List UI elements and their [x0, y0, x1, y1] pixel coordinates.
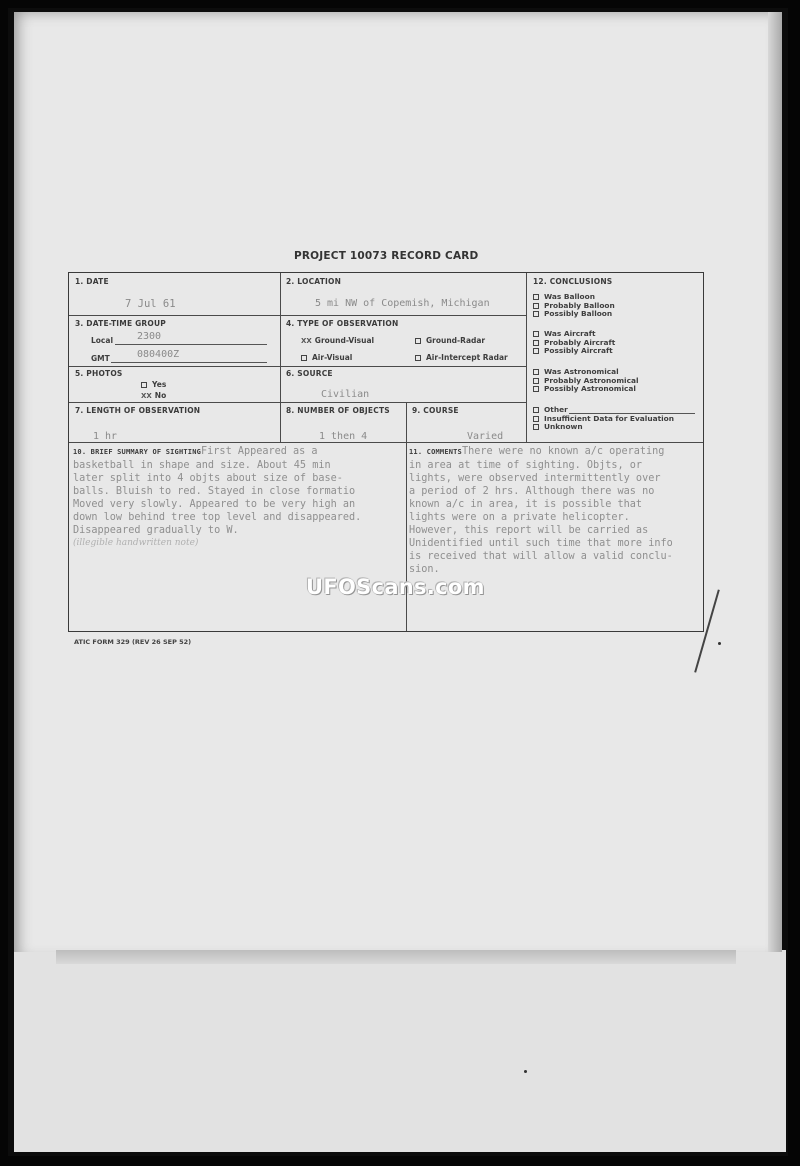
- checkbox-icon: [533, 348, 539, 354]
- summary-line: Disappeared gradually to W.: [73, 524, 361, 537]
- photos-label: 5. PHOTOS: [75, 369, 123, 378]
- checkbox-icon: [533, 378, 539, 384]
- comments-label: 11. COMMENTS: [409, 448, 462, 456]
- comments-line: However, this report will be carried as: [409, 524, 673, 537]
- comments-line: Unidentified until such time that more i…: [409, 537, 673, 550]
- source-cell: 6. SOURCE Civilian: [281, 367, 527, 403]
- checkbox-icon: [533, 407, 539, 413]
- checkbox-icon: [533, 340, 539, 346]
- local-underline: [115, 344, 267, 345]
- conclusions-cell: 12. CONCLUSIONS Was Balloon Probably Bal…: [527, 273, 703, 443]
- comments-line: known a/c in area, it is possible that: [409, 498, 673, 511]
- date-time-group-cell: 3. DATE-TIME GROUP Local 2300 GMT 080400…: [69, 316, 281, 367]
- aircraft-group: Was Aircraft Probably Aircraft Possibly …: [533, 330, 615, 356]
- course-cell: 9. COURSE Varied: [407, 403, 527, 443]
- form-number: ATIC FORM 329 (REV 26 SEP 52): [74, 638, 191, 646]
- other-underline: [569, 413, 695, 414]
- course-value: Varied: [467, 431, 503, 442]
- balloon-group: Was Balloon Probably Balloon Possibly Ba…: [533, 293, 615, 319]
- type-of-observation-cell: 4. TYPE OF OBSERVATION XXGround-Visual G…: [281, 316, 527, 367]
- comments-first-line: 11. COMMENTSThere were no known a/c oper…: [409, 445, 673, 459]
- location-value: 5 mi NW of Copemish, Michigan: [315, 298, 490, 309]
- astronomical-group: Was Astronomical Probably Astronomical P…: [533, 368, 638, 394]
- gmt-underline: [111, 362, 267, 363]
- source-label: 6. SOURCE: [286, 369, 333, 378]
- checkbox-icon: [533, 386, 539, 392]
- location-label: 2. LOCATION: [286, 277, 341, 286]
- checkbox-icon: [533, 369, 539, 375]
- checkbox-icon: [533, 303, 539, 309]
- ground-radar-option[interactable]: Ground-Radar: [415, 336, 485, 345]
- checkbox-icon: [533, 311, 539, 317]
- photos-yes-option[interactable]: Yes: [141, 380, 166, 389]
- page-edge: [768, 12, 782, 952]
- number-of-objects-value: 1 then 4: [319, 431, 367, 442]
- date-value: 7 Jul 61: [125, 298, 176, 310]
- speck: [718, 642, 721, 645]
- course-label: 9. COURSE: [412, 406, 459, 415]
- checked-mark-icon: XX: [141, 392, 152, 400]
- checkbox-icon: [533, 331, 539, 337]
- watermark: UFOScans.com: [306, 575, 485, 599]
- comments-text: 11. COMMENTSThere were no known a/c oper…: [409, 445, 673, 576]
- comments-line: is received that will allow a valid conc…: [409, 550, 673, 563]
- summary-line: basketball in shape and size. About 45 m…: [73, 459, 361, 472]
- local-label: Local: [91, 336, 113, 345]
- ground-visual-option[interactable]: XXGround-Visual: [301, 336, 374, 345]
- summary-cell: 10. BRIEF SUMMARY OF SIGHTINGFirst Appea…: [69, 443, 407, 631]
- speck: [524, 1070, 527, 1073]
- gmt-label: GMT: [91, 354, 110, 363]
- checkbox-icon: [415, 355, 421, 361]
- summary-text: 10. BRIEF SUMMARY OF SIGHTINGFirst Appea…: [73, 445, 361, 550]
- conclusions-label: 12. CONCLUSIONS: [533, 277, 612, 286]
- comments-line: in area at time of sighting. Objts, or: [409, 459, 673, 472]
- summary-line: Moved very slowly. Appeared to be very h…: [73, 498, 361, 511]
- checkbox-icon: [301, 355, 307, 361]
- type-of-observation-label: 4. TYPE OF OBSERVATION: [286, 319, 398, 328]
- length-of-observation-value: 1 hr: [93, 431, 117, 442]
- possibly-balloon-option[interactable]: Possibly Balloon: [533, 310, 615, 319]
- photos-cell: 5. PHOTOS Yes XXNo: [69, 367, 281, 403]
- checkbox-icon: [415, 338, 421, 344]
- possibly-astronomical-option[interactable]: Possibly Astronomical: [533, 385, 638, 394]
- comments-line: a period of 2 hrs. Although there was no: [409, 485, 673, 498]
- date-time-group-label: 3. DATE-TIME GROUP: [75, 319, 166, 328]
- page-shadow: [56, 950, 736, 964]
- air-visual-option[interactable]: Air-Visual: [301, 353, 352, 362]
- comments-line: lights, were observed intermittently ove…: [409, 472, 673, 485]
- checkbox-icon: [533, 424, 539, 430]
- gmt-value: 080400Z: [137, 349, 179, 360]
- summary-line: down low behind tree top level and disap…: [73, 511, 361, 524]
- length-of-observation-label: 7. LENGTH OF OBSERVATION: [75, 406, 200, 415]
- summary-label: 10. BRIEF SUMMARY OF SIGHTING: [73, 448, 201, 456]
- checkbox-icon: [533, 294, 539, 300]
- comments-line: lights were on a private helicopter.: [409, 511, 673, 524]
- date-cell: 1. DATE 7 Jul 61: [69, 273, 281, 316]
- number-of-objects-label: 8. NUMBER OF OBJECTS: [286, 406, 390, 415]
- checkbox-icon: [141, 382, 147, 388]
- summary-line: later split into 4 objts about size of b…: [73, 472, 361, 485]
- summary-first-line: 10. BRIEF SUMMARY OF SIGHTINGFirst Appea…: [73, 445, 361, 459]
- card-title: PROJECT 10073 RECORD CARD: [294, 250, 478, 262]
- photos-no-option[interactable]: XXNo: [141, 391, 166, 400]
- other-option[interactable]: Other: [533, 406, 674, 415]
- location-cell: 2. LOCATION 5 mi NW of Copemish, Michiga…: [281, 273, 527, 316]
- unknown-option[interactable]: Unknown: [533, 423, 674, 432]
- handwritten-note: (illegible handwritten note): [73, 537, 361, 550]
- number-of-objects-cell: 8. NUMBER OF OBJECTS 1 then 4: [281, 403, 407, 443]
- comments-cell: 11. COMMENTSThere were no known a/c oper…: [407, 443, 703, 631]
- date-label: 1. DATE: [75, 277, 109, 286]
- length-of-observation-cell: 7. LENGTH OF OBSERVATION 1 hr: [69, 403, 281, 443]
- back-page: [14, 950, 786, 1152]
- other-group: Other Insufficient Data for Evaluation U…: [533, 406, 674, 432]
- checked-mark-icon: XX: [301, 337, 312, 345]
- summary-line: balls. Bluish to red. Stayed in close fo…: [73, 485, 361, 498]
- source-value: Civilian: [321, 389, 369, 400]
- air-intercept-radar-option[interactable]: Air-Intercept Radar: [415, 353, 508, 362]
- possibly-aircraft-option[interactable]: Possibly Aircraft: [533, 347, 615, 356]
- checkbox-icon: [533, 416, 539, 422]
- local-value: 2300: [137, 331, 161, 342]
